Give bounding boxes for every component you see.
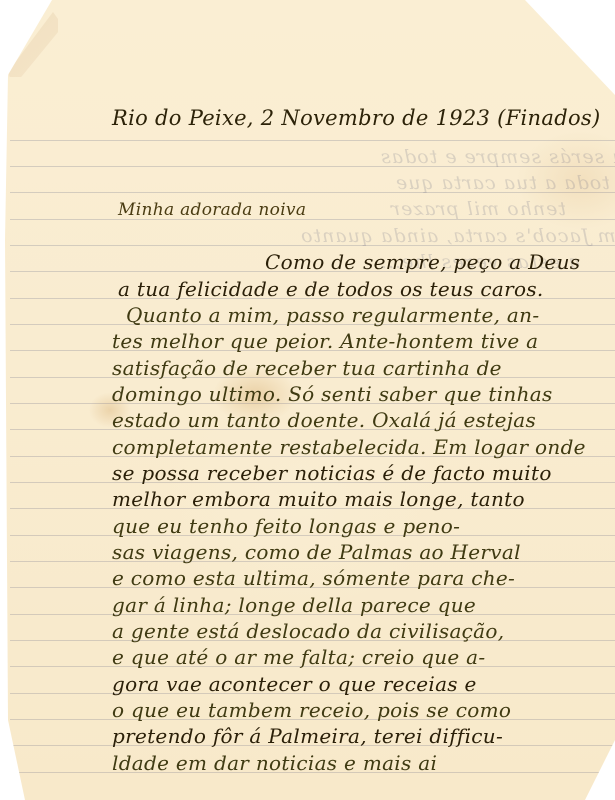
letter-body-line: pretendo fôr á Palmeira, terei difficu- — [112, 724, 503, 748]
letter-body-line: domingo ultimo. Só senti saber que tinha… — [112, 382, 553, 406]
letter-body-line: gar á linha; longe della parece que — [112, 593, 476, 617]
letter-body-line: o que eu tambem receio, pois se como — [112, 698, 511, 722]
letter-body-line: a gente está deslocado da civilisação, — [112, 619, 504, 643]
ruled-line — [10, 140, 615, 141]
letter-place-date: Rio do Peixe, 2 Novembro de 1923 (Finado… — [112, 106, 600, 130]
folded-corner — [8, 12, 58, 77]
bleed-through-text: tenho mil prazer — [390, 198, 566, 220]
letter-body-line: a tua felicidade e de todos os teus caro… — [118, 277, 544, 301]
letter-body-line: Quanto a mim, passo regularmente, an- — [126, 303, 539, 327]
letter-body-line: se possa receber noticias é de facto mui… — [112, 461, 552, 485]
letter-body-line: e que até o ar me falta; creio que a- — [112, 645, 485, 669]
bleed-through-text: aldo, mas tu serás sempre e todas — [380, 146, 615, 168]
paper-sheet: aldo, mas tu serás sempre e todas vem, p… — [0, 0, 615, 800]
bleed-through-text: também Jacob's carta, ainda quanto — [300, 225, 615, 247]
letter-body-line: ldade em dar noticias e mais ai — [112, 751, 437, 775]
letter-body-line: sas viagens, como de Palmas ao Herval — [112, 540, 521, 564]
letter-salutation: Minha adorada noiva — [118, 200, 306, 220]
scanned-letter: aldo, mas tu serás sempre e todas vem, p… — [0, 0, 615, 800]
letter-body-line: tes melhor que peior. Ante-hontem tive a — [112, 329, 538, 353]
bleed-through-text: vem, pois toda a tua carta que — [395, 172, 615, 194]
letter-body-line: estado um tanto doente. Oxalá já estejas — [112, 408, 536, 432]
letter-body-line: Como de sempre, peço a Deus — [265, 250, 580, 274]
letter-body-line: gora vae acontecer o que receias e — [112, 672, 477, 696]
letter-body-line: que eu tenho feito longas e peno- — [112, 514, 460, 538]
letter-body-line: satisfação de receber tua cartinha de — [112, 356, 502, 380]
letter-body-line: melhor embora muito mais longe, tanto — [112, 487, 525, 511]
letter-body-line: completamente restabelecida. Em logar on… — [112, 435, 586, 459]
letter-body-line: e como esta ultima, sómente para che- — [112, 566, 515, 590]
